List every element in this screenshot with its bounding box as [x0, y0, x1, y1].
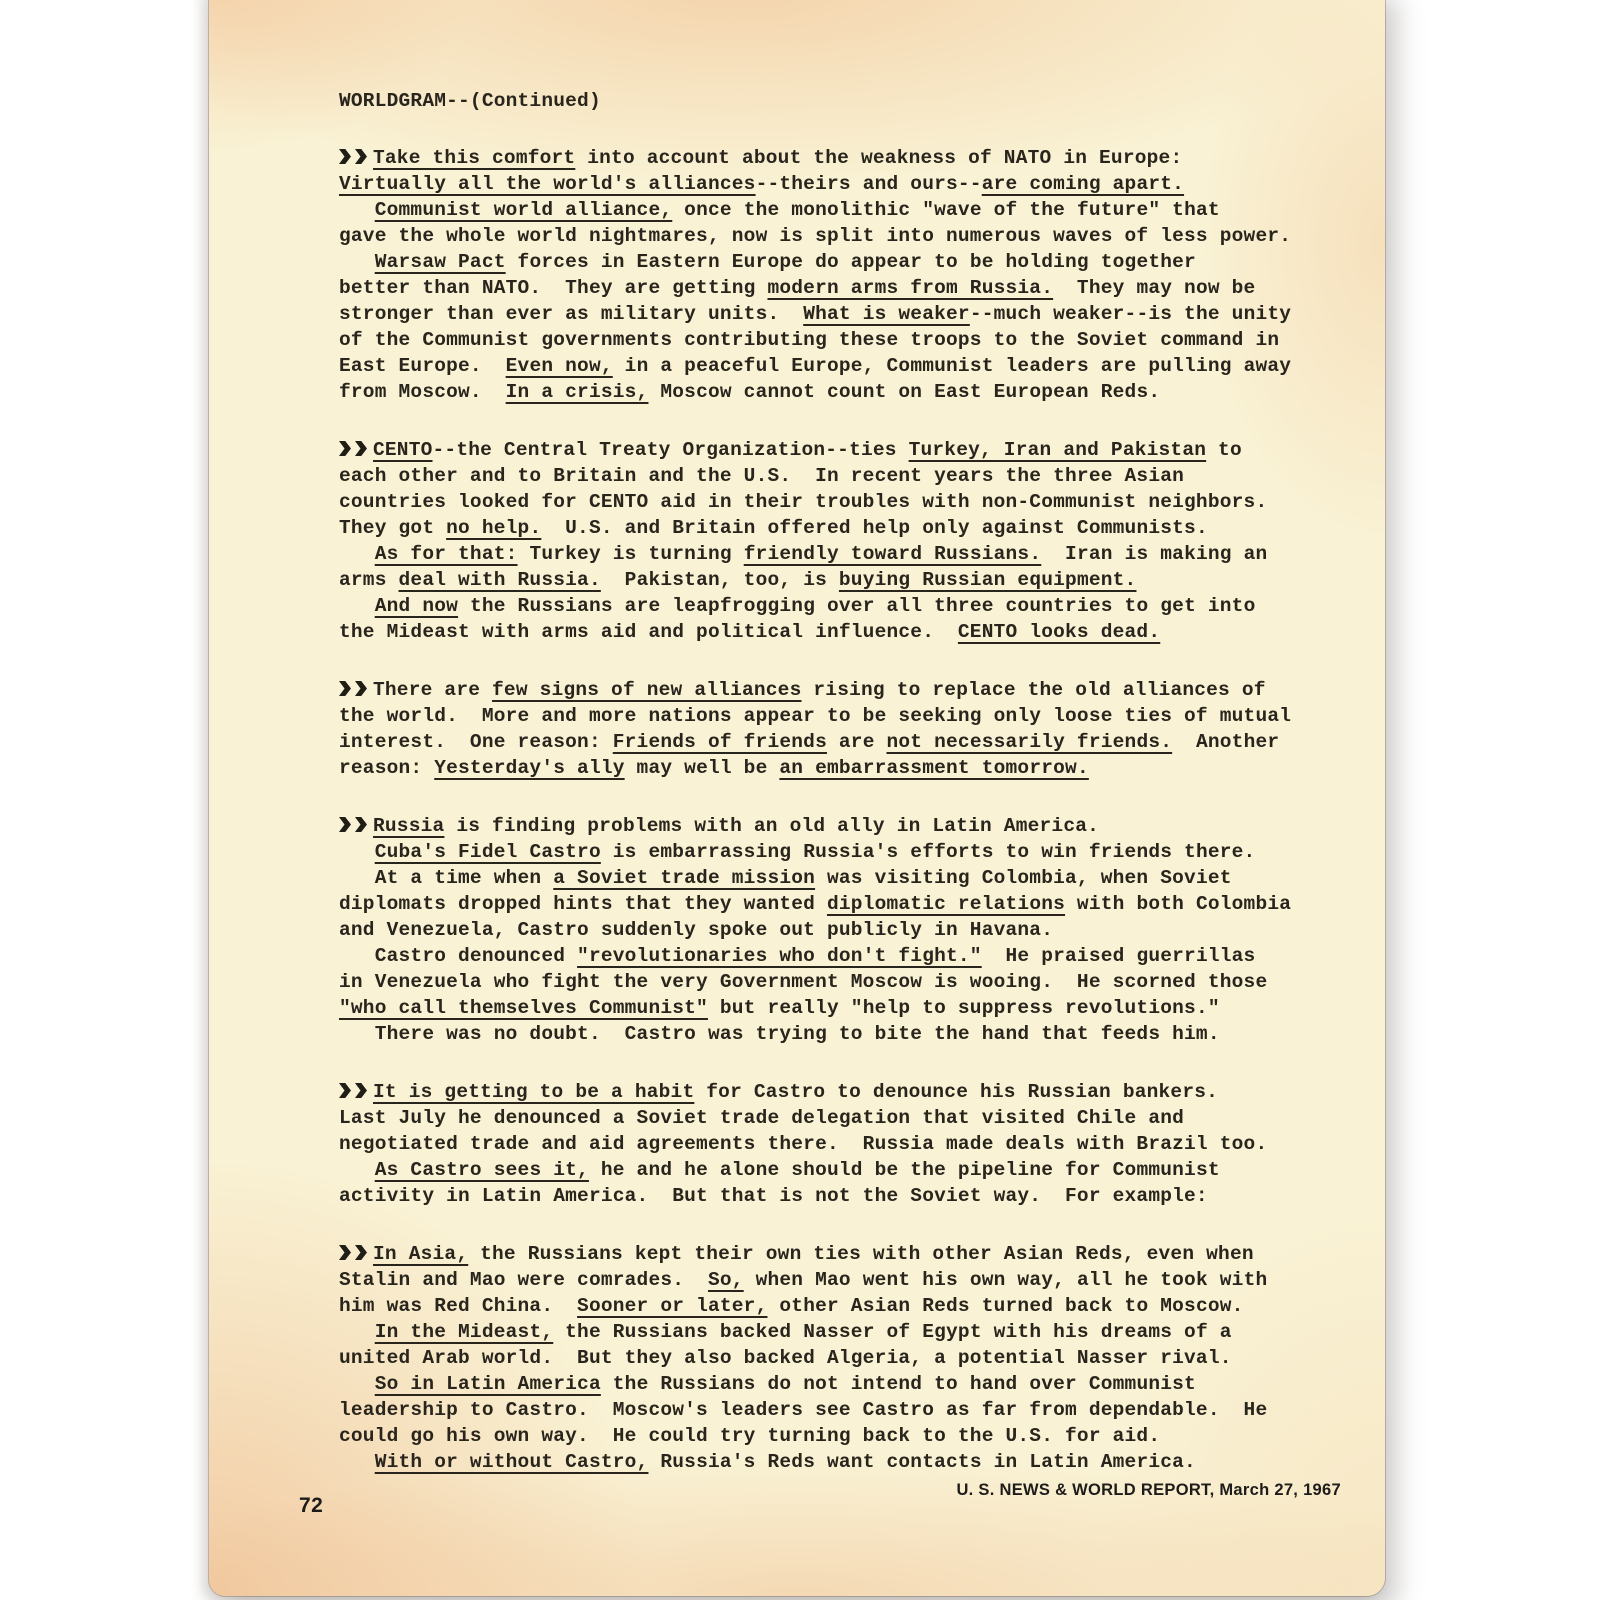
chevron-right-icon: [339, 817, 351, 832]
text-line: Last July he denounced a Soviet trade de…: [339, 1105, 1299, 1131]
underlined-text: a Soviet trade mission: [553, 867, 815, 889]
scanned-page: WORLDGRAM--(Continued) Take this comfort…: [209, 0, 1385, 1596]
underlined-text: Turkey, Iran and Pakistan: [909, 439, 1207, 461]
text-segment: for Castro to denounce his Russian banke…: [694, 1081, 1218, 1103]
underlined-text: buying Russian equipment.: [839, 569, 1137, 591]
underlined-text: CENTO looks dead.: [958, 621, 1160, 643]
text-line: East Europe. Even now, in a peaceful Eur…: [339, 353, 1299, 379]
text-line: better than NATO. They are getting moder…: [339, 275, 1299, 301]
chevron-right-icon: [355, 817, 367, 832]
text-segment: There are: [373, 679, 492, 701]
text-line: Cuba's Fidel Castro is embarrassing Russ…: [339, 839, 1299, 865]
chevron-right-icon: [339, 149, 351, 164]
text-line: Virtually all the world's alliances--the…: [339, 171, 1299, 197]
text-line: Warsaw Pact forces in Eastern Europe do …: [339, 249, 1299, 275]
paragraph: Take this comfort into account about the…: [339, 145, 1299, 405]
text-line: "who call themselves Communist" but real…: [339, 995, 1299, 1021]
text-line: interest. One reason: Friends of friends…: [339, 729, 1299, 755]
text-line: diplomats dropped hints that they wanted…: [339, 891, 1299, 917]
text-line: As for that: Turkey is turning friendly …: [339, 541, 1299, 567]
paragraph: It is getting to be a habit for Castro t…: [339, 1079, 1299, 1209]
text-segment: They got: [339, 517, 446, 539]
text-segment: --the Central Treaty Organization--ties: [433, 439, 909, 461]
text-segment: when Mao went his own way, all he took w…: [744, 1269, 1268, 1291]
chevron-right-icon: [339, 441, 351, 456]
chevron-right-icon: [355, 441, 367, 456]
text-segment: from Moscow.: [339, 381, 506, 403]
text-line: reason: Yesterday's ally may well be an …: [339, 755, 1299, 781]
footer-source: U. S. NEWS & WORLD REPORT, March 27, 196…: [956, 1481, 1341, 1500]
text-segment: is embarrassing Russia's efforts to win …: [601, 841, 1256, 863]
text-line: stronger than ever as military units. Wh…: [339, 301, 1299, 327]
underlined-text: So,: [708, 1269, 744, 1291]
chevron-right-icon: [355, 149, 367, 164]
underlined-text: an embarrassment tomorrow.: [779, 757, 1088, 779]
underlined-text: As for that:: [375, 543, 518, 565]
text-line: united Arab world. But they also backed …: [339, 1345, 1299, 1371]
underlined-text: no help.: [446, 517, 541, 539]
underlined-text: Sooner or later,: [577, 1295, 767, 1317]
underlined-text: not necessarily friends.: [887, 731, 1173, 753]
text-line: and Venezuela, Castro suddenly spoke out…: [339, 917, 1299, 943]
text-line: It is getting to be a habit for Castro t…: [339, 1079, 1299, 1105]
text-line: in Venezuela who fight the very Governme…: [339, 969, 1299, 995]
text-segment: may well be: [625, 757, 780, 779]
text-segment: [339, 1451, 375, 1473]
text-line: Russia is finding problems with an old a…: [339, 813, 1299, 839]
text-line: leadership to Castro. Moscow's leaders s…: [339, 1397, 1299, 1423]
underlined-text: As Castro sees it,: [375, 1159, 589, 1181]
paragraph: There are few signs of new alliances ris…: [339, 677, 1299, 781]
text-segment: He praised guerrillas: [982, 945, 1256, 967]
text-segment: the Russians kept their own ties with ot…: [468, 1243, 1254, 1265]
text-segment: is finding problems with an old ally in …: [444, 815, 1099, 837]
text-segment: once the monolithic "wave of the future"…: [672, 199, 1220, 221]
text-segment: each other and to Britain and the U.S. I…: [339, 465, 1184, 487]
text-segment: Castro denounced: [339, 945, 577, 967]
page-content: WORLDGRAM--(Continued) Take this comfort…: [339, 88, 1299, 1507]
text-segment: diplomats dropped hints that they wanted: [339, 893, 827, 915]
text-segment: gave the whole world nightmares, now is …: [339, 225, 1291, 247]
text-segment: [339, 199, 375, 221]
paragraph: In Asia, the Russians kept their own tie…: [339, 1241, 1299, 1475]
text-segment: Last July he denounced a Soviet trade de…: [339, 1107, 1184, 1129]
text-line: the world. More and more nations appear …: [339, 703, 1299, 729]
text-line: each other and to Britain and the U.S. I…: [339, 463, 1299, 489]
bullet-chevrons-icon: [339, 677, 373, 703]
text-segment: he and he alone should be the pipeline f…: [589, 1159, 1220, 1181]
text-segment: the world. More and more nations appear …: [339, 705, 1291, 727]
underlined-text: In the Mideast,: [375, 1321, 554, 1343]
text-segment: interest. One reason:: [339, 731, 613, 753]
text-segment: [339, 1373, 375, 1395]
underlined-text: Cuba's Fidel Castro: [375, 841, 601, 863]
text-line: the Mideast with arms aid and political …: [339, 619, 1299, 645]
underlined-text: Friends of friends: [613, 731, 827, 753]
chevron-right-icon: [355, 681, 367, 696]
underlined-text: And now: [375, 595, 458, 617]
underlined-text: It is getting to be a habit: [373, 1081, 694, 1103]
underlined-text: So in Latin America: [375, 1373, 601, 1395]
underlined-text: Virtually all the world's alliances: [339, 173, 756, 195]
underlined-text: friendly toward Russians.: [744, 543, 1042, 565]
text-segment: leadership to Castro. Moscow's leaders s…: [339, 1399, 1267, 1421]
bullet-chevrons-icon: [339, 813, 373, 839]
text-line: With or without Castro, Russia's Reds wa…: [339, 1449, 1299, 1475]
text-line: There are few signs of new alliances ris…: [339, 677, 1299, 703]
text-line: And now the Russians are leapfrogging ov…: [339, 593, 1299, 619]
text-line: As Castro sees it, he and he alone shoul…: [339, 1157, 1299, 1183]
text-segment: negotiated trade and aid agreements ther…: [339, 1133, 1267, 1155]
underlined-text: deal with Russia.: [399, 569, 601, 591]
underlined-text: "who call themselves Communist": [339, 997, 708, 1019]
text-segment: united Arab world. But they also backed …: [339, 1347, 1232, 1369]
text-line: negotiated trade and aid agreements ther…: [339, 1131, 1299, 1157]
underlined-text: CENTO: [373, 439, 433, 461]
text-line: Castro denounced "revolutionaries who do…: [339, 943, 1299, 969]
text-segment: arms: [339, 569, 399, 591]
text-segment: [339, 1321, 375, 1343]
text-segment: --much weaker--is the unity: [970, 303, 1291, 325]
text-line: arms deal with Russia. Pakistan, too, is…: [339, 567, 1299, 593]
text-line: countries looked for CENTO aid in their …: [339, 489, 1299, 515]
chevron-right-icon: [339, 1083, 351, 1098]
underlined-text: are coming apart.: [982, 173, 1184, 195]
chevron-right-icon: [339, 681, 351, 696]
underlined-text: Russia: [373, 815, 444, 837]
text-segment: --theirs and ours--: [756, 173, 982, 195]
paragraph: Russia is finding problems with an old a…: [339, 813, 1299, 1047]
text-line: So in Latin America the Russians do not …: [339, 1371, 1299, 1397]
text-segment: [339, 251, 375, 273]
photo-background: { "colors": { "paper_cream": "#f9f2d4", …: [0, 0, 1600, 1600]
text-line: him was Red China. Sooner or later, othe…: [339, 1293, 1299, 1319]
underlined-text: "revolutionaries who don't fight.": [577, 945, 982, 967]
text-line: Take this comfort into account about the…: [339, 145, 1299, 171]
underlined-text: With or without Castro,: [375, 1451, 649, 1473]
text-segment: Moscow cannot count on East European Red…: [648, 381, 1160, 403]
underlined-text: modern arms from Russia.: [767, 277, 1053, 299]
text-line: Stalin and Mao were comrades. So, when M…: [339, 1267, 1299, 1293]
text-segment: into account about the weakness of NATO …: [575, 147, 1182, 169]
text-segment: [339, 841, 375, 863]
underlined-text: Warsaw Pact: [375, 251, 506, 273]
text-segment: East Europe.: [339, 355, 506, 377]
text-line: There was no doubt. Castro was trying to…: [339, 1021, 1299, 1047]
text-segment: other Asian Reds turned back to Moscow.: [767, 1295, 1243, 1317]
chevron-right-icon: [355, 1083, 367, 1098]
text-segment: was visiting Colombia, when Soviet: [815, 867, 1232, 889]
text-segment: the Russians backed Nasser of Egypt with…: [553, 1321, 1231, 1343]
page-number: 72: [299, 1494, 323, 1518]
text-segment: could go his own way. He could try turni…: [339, 1425, 1160, 1447]
text-segment: There was no doubt. Castro was trying to…: [339, 1023, 1220, 1045]
text-segment: Another: [1172, 731, 1279, 753]
text-line: could go his own way. He could try turni…: [339, 1423, 1299, 1449]
text-segment: Turkey is turning: [518, 543, 744, 565]
bullet-chevrons-icon: [339, 145, 373, 171]
text-segment: Stalin and Mao were comrades.: [339, 1269, 708, 1291]
text-segment: forces in Eastern Europe do appear to be…: [506, 251, 1196, 273]
bullet-chevrons-icon: [339, 437, 373, 463]
text-line: Communist world alliance, once the monol…: [339, 197, 1299, 223]
underlined-text: Take this comfort: [373, 147, 575, 169]
text-line: They got no help. U.S. and Britain offer…: [339, 515, 1299, 541]
text-segment: are: [827, 731, 887, 753]
text-segment: [339, 1159, 375, 1181]
text-segment: the Mideast with arms aid and political …: [339, 621, 958, 643]
text-segment: reason:: [339, 757, 434, 779]
text-segment: with both Colombia: [1065, 893, 1291, 915]
text-segment: and Venezuela, Castro suddenly spoke out…: [339, 919, 1053, 941]
text-segment: the Russians are leapfrogging over all t…: [458, 595, 1255, 617]
text-segment: They may now be: [1053, 277, 1255, 299]
underlined-text: diplomatic relations: [827, 893, 1065, 915]
text-segment: At a time when: [339, 867, 553, 889]
text-segment: of the Communist governments contributin…: [339, 329, 1279, 351]
text-line: gave the whole world nightmares, now is …: [339, 223, 1299, 249]
text-segment: [339, 595, 375, 617]
text-segment: him was Red China.: [339, 1295, 577, 1317]
text-segment: to: [1206, 439, 1242, 461]
underlined-text: Yesterday's ally: [434, 757, 624, 779]
page-title: WORLDGRAM--(Continued): [339, 88, 1299, 114]
text-line: In Asia, the Russians kept their own tie…: [339, 1241, 1299, 1267]
paragraph: CENTO--the Central Treaty Organization--…: [339, 437, 1299, 645]
underlined-text: In Asia,: [373, 1243, 468, 1265]
text-line: of the Communist governments contributin…: [339, 327, 1299, 353]
text-line: CENTO--the Central Treaty Organization--…: [339, 437, 1299, 463]
chevron-right-icon: [355, 1245, 367, 1260]
text-line: from Moscow. In a crisis, Moscow cannot …: [339, 379, 1299, 405]
text-segment: U.S. and Britain offered help only again…: [541, 517, 1208, 539]
bullet-chevrons-icon: [339, 1241, 373, 1267]
underlined-text: Communist world alliance,: [375, 199, 673, 221]
text-segment: [339, 543, 375, 565]
underlined-text: In a crisis,: [506, 381, 649, 403]
text-segment: better than NATO. They are getting: [339, 277, 767, 299]
text-segment: but really "help to suppress revolutions…: [708, 997, 1220, 1019]
text-segment: in a peaceful Europe, Communist leaders …: [613, 355, 1291, 377]
text-segment: the Russians do not intend to hand over …: [601, 1373, 1196, 1395]
text-line: In the Mideast, the Russians backed Nass…: [339, 1319, 1299, 1345]
underlined-text: Even now,: [506, 355, 613, 377]
text-segment: Iran is making an: [1041, 543, 1267, 565]
text-line: activity in Latin America. But that is n…: [339, 1183, 1299, 1209]
text-segment: Pakistan, too, is: [601, 569, 839, 591]
text-segment: in Venezuela who fight the very Governme…: [339, 971, 1267, 993]
text-segment: stronger than ever as military units.: [339, 303, 803, 325]
bullet-chevrons-icon: [339, 1079, 373, 1105]
underlined-text: What is weaker: [803, 303, 970, 325]
chevron-right-icon: [339, 1245, 351, 1260]
text-segment: activity in Latin America. But that is n…: [339, 1185, 1208, 1207]
text-segment: countries looked for CENTO aid in their …: [339, 491, 1267, 513]
text-line: At a time when a Soviet trade mission wa…: [339, 865, 1299, 891]
text-segment: Russia's Reds want contacts in Latin Ame…: [648, 1451, 1196, 1473]
text-segment: rising to replace the old alliances of: [801, 679, 1265, 701]
underlined-text: few signs of new alliances: [492, 679, 801, 701]
document-body: Take this comfort into account about the…: [339, 145, 1299, 1475]
